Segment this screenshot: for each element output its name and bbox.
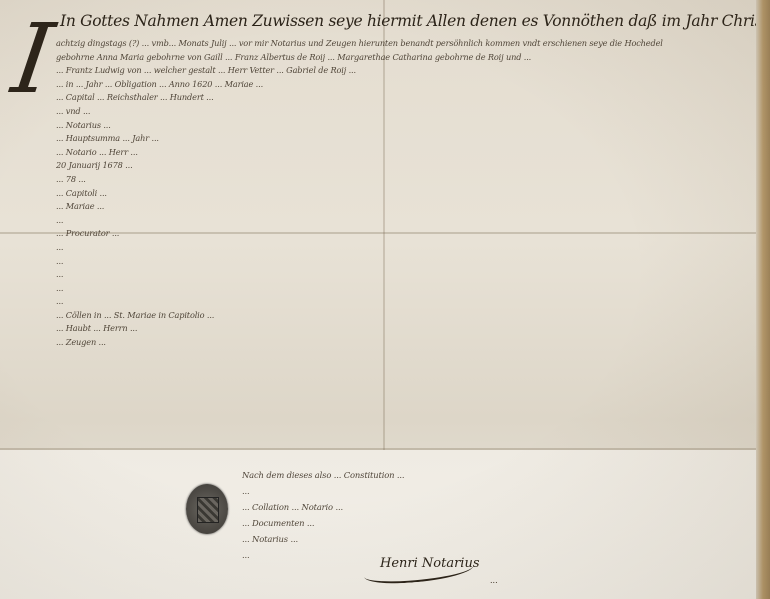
body-line: achtzig dingstags (?) ... vmb... Monats …	[56, 37, 756, 51]
body-line: ...	[56, 255, 756, 269]
attestation-line: ...	[242, 483, 747, 499]
body-line: ... Capital ... Reichsthaler ... Hundert…	[56, 91, 756, 105]
body-line: ... Hauptsumma ... Jahr ...	[56, 132, 756, 146]
document-heading: In Gottes Nahmen Amen Zuwissen seye hier…	[60, 12, 750, 30]
notary-signature: Henri Notarius	[380, 556, 480, 571]
body-line: ... in ... Jahr ... Obligation ... Anno …	[56, 78, 756, 92]
body-line: gebohrne Anna Maria gebohrne von Gaill .…	[56, 51, 756, 65]
body-line: ... Haubt ... Herrn ...	[56, 322, 756, 336]
body-line	[56, 363, 756, 377]
document-page: I In Gottes Nahmen Amen Zuwissen seye hi…	[0, 0, 770, 599]
body-line	[56, 404, 756, 418]
body-line: ... Capitoli ...	[56, 187, 756, 201]
body-line	[56, 350, 756, 364]
wax-seal-icon	[186, 484, 228, 534]
notary-attestation: Nach dem dieses also ... Constitution ..…	[242, 467, 747, 563]
document-edge	[756, 0, 770, 599]
body-line: ... Cöllen in ... St. Mariae in Capitoli…	[56, 309, 756, 323]
body-line: ... 78 ...	[56, 173, 756, 187]
signature-subscript: ...	[490, 576, 498, 585]
document-body: achtzig dingstags (?) ... vmb... Monats …	[56, 37, 756, 445]
body-line: 20 Januarij 1678 ...	[56, 159, 756, 173]
body-line: ...	[56, 282, 756, 296]
body-line	[56, 431, 756, 445]
body-line: ... vnd ...	[56, 105, 756, 119]
body-line: ...	[56, 268, 756, 282]
attestation-line: Nach dem dieses also ... Constitution ..…	[242, 467, 747, 483]
body-line: ... Notarius ...	[56, 119, 756, 133]
body-line: ... Notario ... Herr ...	[56, 146, 756, 160]
attestation-line: ... Notarius ...	[242, 531, 747, 547]
body-line	[56, 377, 756, 391]
attestation-line: ...	[242, 547, 747, 563]
body-line: ... Frantz Ludwig von ... welcher gestal…	[56, 64, 756, 78]
body-line: ... Procurator ...	[56, 227, 756, 241]
body-line: ... Mariae ...	[56, 200, 756, 214]
attestation-line: ... Collation ... Notario ...	[242, 499, 747, 515]
body-line: ...	[56, 295, 756, 309]
coat-of-arms-icon	[197, 497, 219, 523]
body-line	[56, 390, 756, 404]
body-line: ...	[56, 214, 756, 228]
body-line	[56, 418, 756, 432]
attestation-line: ... Documenten ...	[242, 515, 747, 531]
body-line: ...	[56, 241, 756, 255]
body-line: ... Zeugen ...	[56, 336, 756, 350]
